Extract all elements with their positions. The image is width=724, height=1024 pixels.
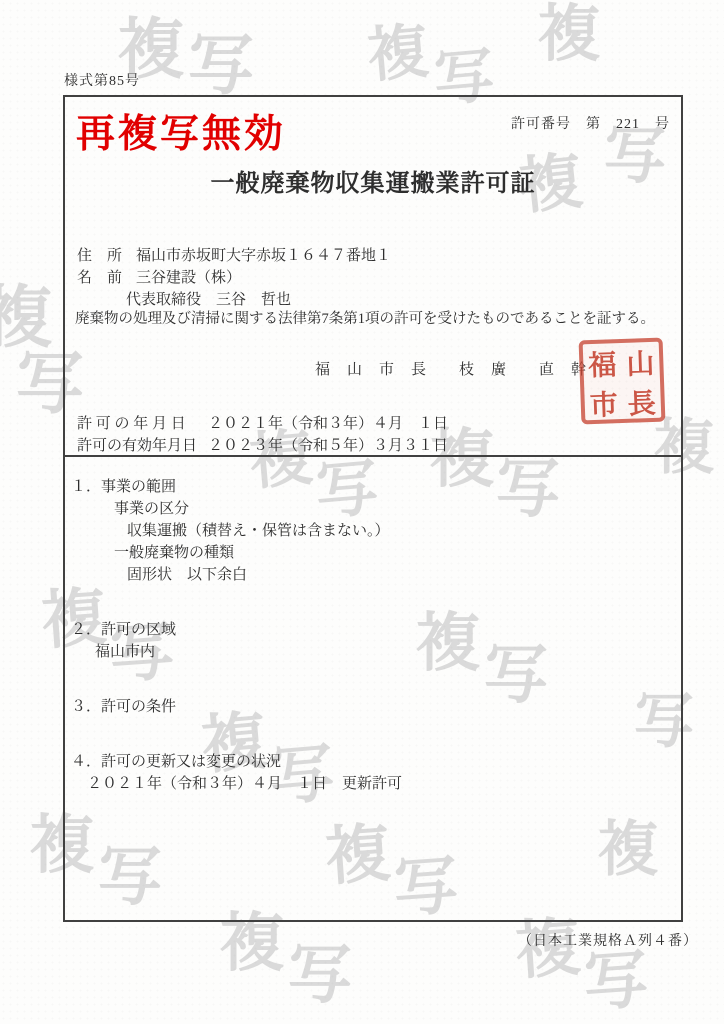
certificate-title: 一般廃棄物収集運搬業許可証 <box>65 163 681 198</box>
copy-watermark-glyph: 複 <box>514 916 582 984</box>
mayor-name: 福 山 市 長 枝 廣 直 幹 <box>315 358 587 379</box>
section-heading: ３．許可の条件 <box>71 696 673 718</box>
section-line: 固形状 以下余白 <box>71 564 673 586</box>
scanned-certificate-page: 複写複写複写複複写複写複写複複写複写複写写複写複写複複写複写 様式第85号 再複… <box>0 0 724 1024</box>
paper-size-note: （日本工業規格Ａ列４番） <box>518 930 698 950</box>
permit-date-label: 許 可 の 年 月 日 <box>77 413 208 435</box>
copy-watermark-glyph: 複 <box>0 284 52 352</box>
permit-section: １．事業の範囲事業の区分収集運搬（積替え・保管は含まない。）一般廃棄物の種類固形… <box>71 476 673 586</box>
form-number: 様式第85号 <box>64 70 140 90</box>
expiry-date-row: 許可の有効年月日２０２３年（令和５年）３月３１日 <box>77 435 448 457</box>
copy-watermark-glyph: 写 <box>582 948 650 1016</box>
permit-section: ４．許可の更新又は変更の状況２０２１年（令和３年）４月 １日 更新許可 <box>71 751 673 795</box>
section-line: 事業の区分 <box>71 498 673 520</box>
permit-section: ３．許可の条件 <box>71 696 673 718</box>
name-value: 三谷建設（株） <box>136 270 241 286</box>
address-row: 住 所福山市赤坂町大字赤坂１６４７番地１ <box>77 245 391 267</box>
permit-section: ２．許可の区域福山市内 <box>71 619 673 663</box>
representative-value: 代表取締役 三谷 哲也 <box>126 292 291 308</box>
certification-statement: 廃棄物の処理及び清掃に関する法律第7条第1項の許可を受けたものであることを証する… <box>75 309 675 329</box>
representative-row: 代表取締役 三谷 哲也 <box>77 289 391 311</box>
copy-watermark-glyph: 複 <box>365 21 430 86</box>
copy-watermark-glyph: 写 <box>188 34 254 100</box>
name-row: 名 前三谷建設（株） <box>77 267 391 289</box>
expiry-date-label: 許可の有効年月日 <box>77 435 208 457</box>
permit-date-value: ２０２１年（令和３年）４月 １日 <box>208 416 448 432</box>
permit-number: 許可番号 第 221 号 <box>511 113 670 133</box>
address-value: 福山市赤坂町大字赤坂１６４７番地１ <box>136 248 391 264</box>
dates-block: 許 可 の 年 月 日２０２１年（令和３年）４月 １日 許可の有効年月日２０２３… <box>77 413 448 457</box>
certificate-box: 再複写無効 許可番号 第 221 号 一般廃棄物収集運搬業許可証 住 所福山市赤… <box>63 95 683 922</box>
section-heading: １．事業の範囲 <box>71 476 673 498</box>
copy-watermark-glyph: 複 <box>538 4 600 66</box>
section-line: 収集運搬（積替え・保管は含まない。） <box>71 520 673 542</box>
permit-holder-block: 住 所福山市赤坂町大字赤坂１６４７番地１ 名 前三谷建設（株） 代表取締役 三谷… <box>77 245 391 311</box>
seal-character: 山 <box>621 342 660 383</box>
seal-character: 長 <box>622 382 661 423</box>
permit-sections: １．事業の範囲事業の区分収集運搬（積替え・保管は含まない。）一般廃棄物の種類固形… <box>71 476 673 828</box>
address-label: 住 所 <box>77 245 136 267</box>
seal-character: 市 <box>584 383 623 424</box>
recopy-invalid-stamp: 再複写無効 <box>76 103 286 159</box>
section-line: 一般廃棄物の種類 <box>71 542 673 564</box>
permit-date-row: 許 可 の 年 月 日２０２１年（令和３年）４月 １日 <box>77 413 448 435</box>
expiry-date-value: ２０２３年（令和５年）３月３１日 <box>208 438 448 454</box>
seal-character: 福 <box>583 343 622 384</box>
mayor-red-seal: 福山市長 <box>579 338 666 425</box>
section-heading: ２．許可の区域 <box>71 619 673 641</box>
copy-watermark-glyph: 写 <box>288 944 352 1008</box>
section-line: ２０２１年（令和３年）４月 １日 更新許可 <box>71 773 673 795</box>
section-heading: ４．許可の更新又は変更の状況 <box>71 751 673 773</box>
horizontal-divider <box>63 455 683 457</box>
name-label: 名 前 <box>77 267 136 289</box>
section-line: 福山市内 <box>71 641 673 663</box>
